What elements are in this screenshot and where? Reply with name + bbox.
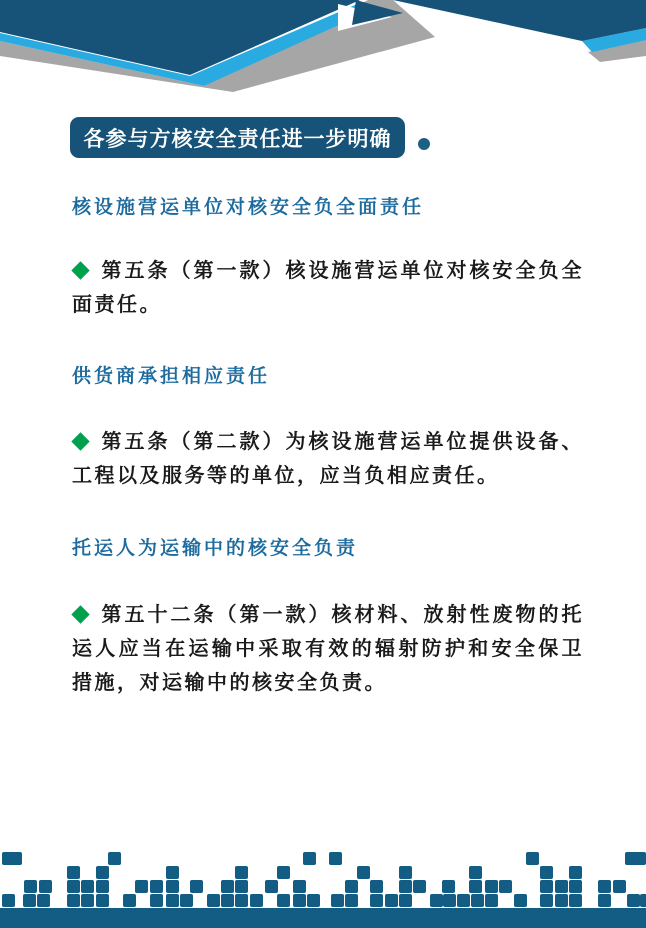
- footer-pixel: [399, 880, 412, 893]
- footer-pixel: [67, 880, 80, 893]
- footer-pixel: [569, 894, 582, 907]
- footer-pixel: [235, 880, 248, 893]
- footer-pixel: [293, 880, 306, 893]
- section-body-text: 第五条（第二款）为核设施营运单位提供设备、工程以及服务等的单位，应当负相应责任。: [72, 431, 584, 487]
- footer-pixel: [627, 894, 640, 907]
- footer-pixel: [277, 866, 290, 879]
- header-decoration: [0, 0, 646, 110]
- footer-pixel: [190, 880, 203, 893]
- footer-pixel: [443, 894, 456, 907]
- footer-pixel: [640, 894, 646, 907]
- footer-pixel-pattern: [0, 852, 646, 928]
- section-body-text: 第五十二条（第一款）核材料、放射性废物的托运人应当在运输中采取有效的辐射防护和安…: [72, 604, 584, 694]
- footer-pixel: [442, 880, 455, 893]
- footer-pixel: [471, 894, 484, 907]
- footer-pixel: [598, 880, 611, 893]
- footer-pixel: [469, 866, 482, 879]
- diamond-bullet-icon: [71, 605, 89, 623]
- section-heading-consignor-responsibility: 托运人为运输中的核安全负责: [72, 536, 592, 562]
- footer-pixel: [150, 880, 163, 893]
- footer-pixel: [293, 894, 306, 907]
- footer-pixel: [24, 880, 37, 893]
- footer-pixel: [370, 894, 383, 907]
- footer-pixel: [540, 866, 553, 879]
- footer-pixel: [345, 894, 358, 907]
- footer-pixel: [613, 880, 626, 893]
- footer-pixel: [555, 880, 568, 893]
- footer-pixel: [413, 880, 426, 893]
- footer-pixel: [307, 894, 320, 907]
- footer-pixel: [37, 894, 50, 907]
- footer-pixel: [430, 894, 443, 907]
- footer-pixel: [345, 880, 358, 893]
- footer-pixel: [81, 880, 94, 893]
- footer-pixel: [2, 894, 15, 907]
- footer-pixel: [540, 894, 553, 907]
- footer-pixel: [235, 866, 248, 879]
- footer-pixel: [598, 894, 611, 907]
- section-body: 第五条（第二款）为核设施营运单位提供设备、工程以及服务等的单位，应当负相应责任。: [72, 425, 584, 493]
- footer-pixel: [96, 880, 109, 893]
- footer-pixel: [250, 894, 263, 907]
- footer-pixel: [303, 852, 316, 865]
- footer-pixel: [166, 894, 179, 907]
- footer-pixel: [526, 852, 539, 865]
- diamond-bullet-icon: [71, 261, 89, 279]
- section-body: 第五条（第一款）核设施营运单位对核安全负全面责任。: [72, 254, 584, 322]
- footer-pixel: [166, 866, 179, 879]
- footer-pixel: [399, 894, 412, 907]
- footer-pixel: [235, 894, 248, 907]
- footer-bar: [0, 908, 646, 928]
- footer-pixel: [357, 866, 370, 879]
- footer-pixel: [221, 880, 234, 893]
- footer-pixel: [399, 866, 412, 879]
- footer-pixel: [331, 894, 344, 907]
- diamond-bullet-icon: [71, 432, 89, 450]
- footer-pixel: [221, 894, 234, 907]
- section-body: 第五十二条（第一款）核材料、放射性废物的托运人应当在运输中采取有效的辐射防护和安…: [72, 598, 584, 700]
- footer-pixel: [207, 894, 220, 907]
- footer-pixel: [569, 866, 582, 879]
- footer-pixel: [457, 894, 470, 907]
- footer-pixel: [135, 880, 148, 893]
- footer-pixel: [625, 852, 646, 865]
- footer-pixel: [96, 894, 109, 907]
- banner-dot-icon: [418, 138, 430, 150]
- footer-pixel: [166, 880, 179, 893]
- footer-pixel: [499, 880, 512, 893]
- footer-pixel: [96, 866, 109, 879]
- footer-pixel: [2, 852, 22, 865]
- section-heading-supplier-responsibility: 供货商承担相应责任: [72, 364, 592, 390]
- title-banner: 各参与方核安全责任进一步明确: [70, 117, 405, 158]
- footer-pixel: [277, 894, 290, 907]
- footer-pixel: [180, 894, 193, 907]
- footer-pixel: [67, 866, 80, 879]
- page-title: 各参与方核安全责任进一步明确: [84, 123, 392, 153]
- footer-pixel: [67, 894, 80, 907]
- footer-pixel: [150, 894, 163, 907]
- footer-pixel: [108, 852, 121, 865]
- footer-pixel: [39, 880, 52, 893]
- footer-pixel: [485, 894, 498, 907]
- footer-pixel: [540, 880, 553, 893]
- footer-pixel: [370, 880, 383, 893]
- footer-pixel: [385, 894, 398, 907]
- footer-pixel: [329, 852, 342, 865]
- footer-pixel: [485, 880, 498, 893]
- footer-pixel: [569, 880, 582, 893]
- footer-pixel: [469, 880, 482, 893]
- poster-page: 各参与方核安全责任进一步明确 核设施营运单位对核安全负全面责任 第五条（第一款）…: [0, 0, 646, 928]
- footer-pixel: [555, 894, 568, 907]
- footer-pixel: [123, 894, 136, 907]
- section-body-text: 第五条（第一款）核设施营运单位对核安全负全面责任。: [72, 260, 584, 316]
- footer-pixel: [23, 894, 36, 907]
- footer-pixel: [514, 894, 527, 907]
- footer-pixel: [265, 880, 278, 893]
- section-heading-operator-responsibility: 核设施营运单位对核安全负全面责任: [72, 195, 592, 221]
- footer-pixel: [81, 894, 94, 907]
